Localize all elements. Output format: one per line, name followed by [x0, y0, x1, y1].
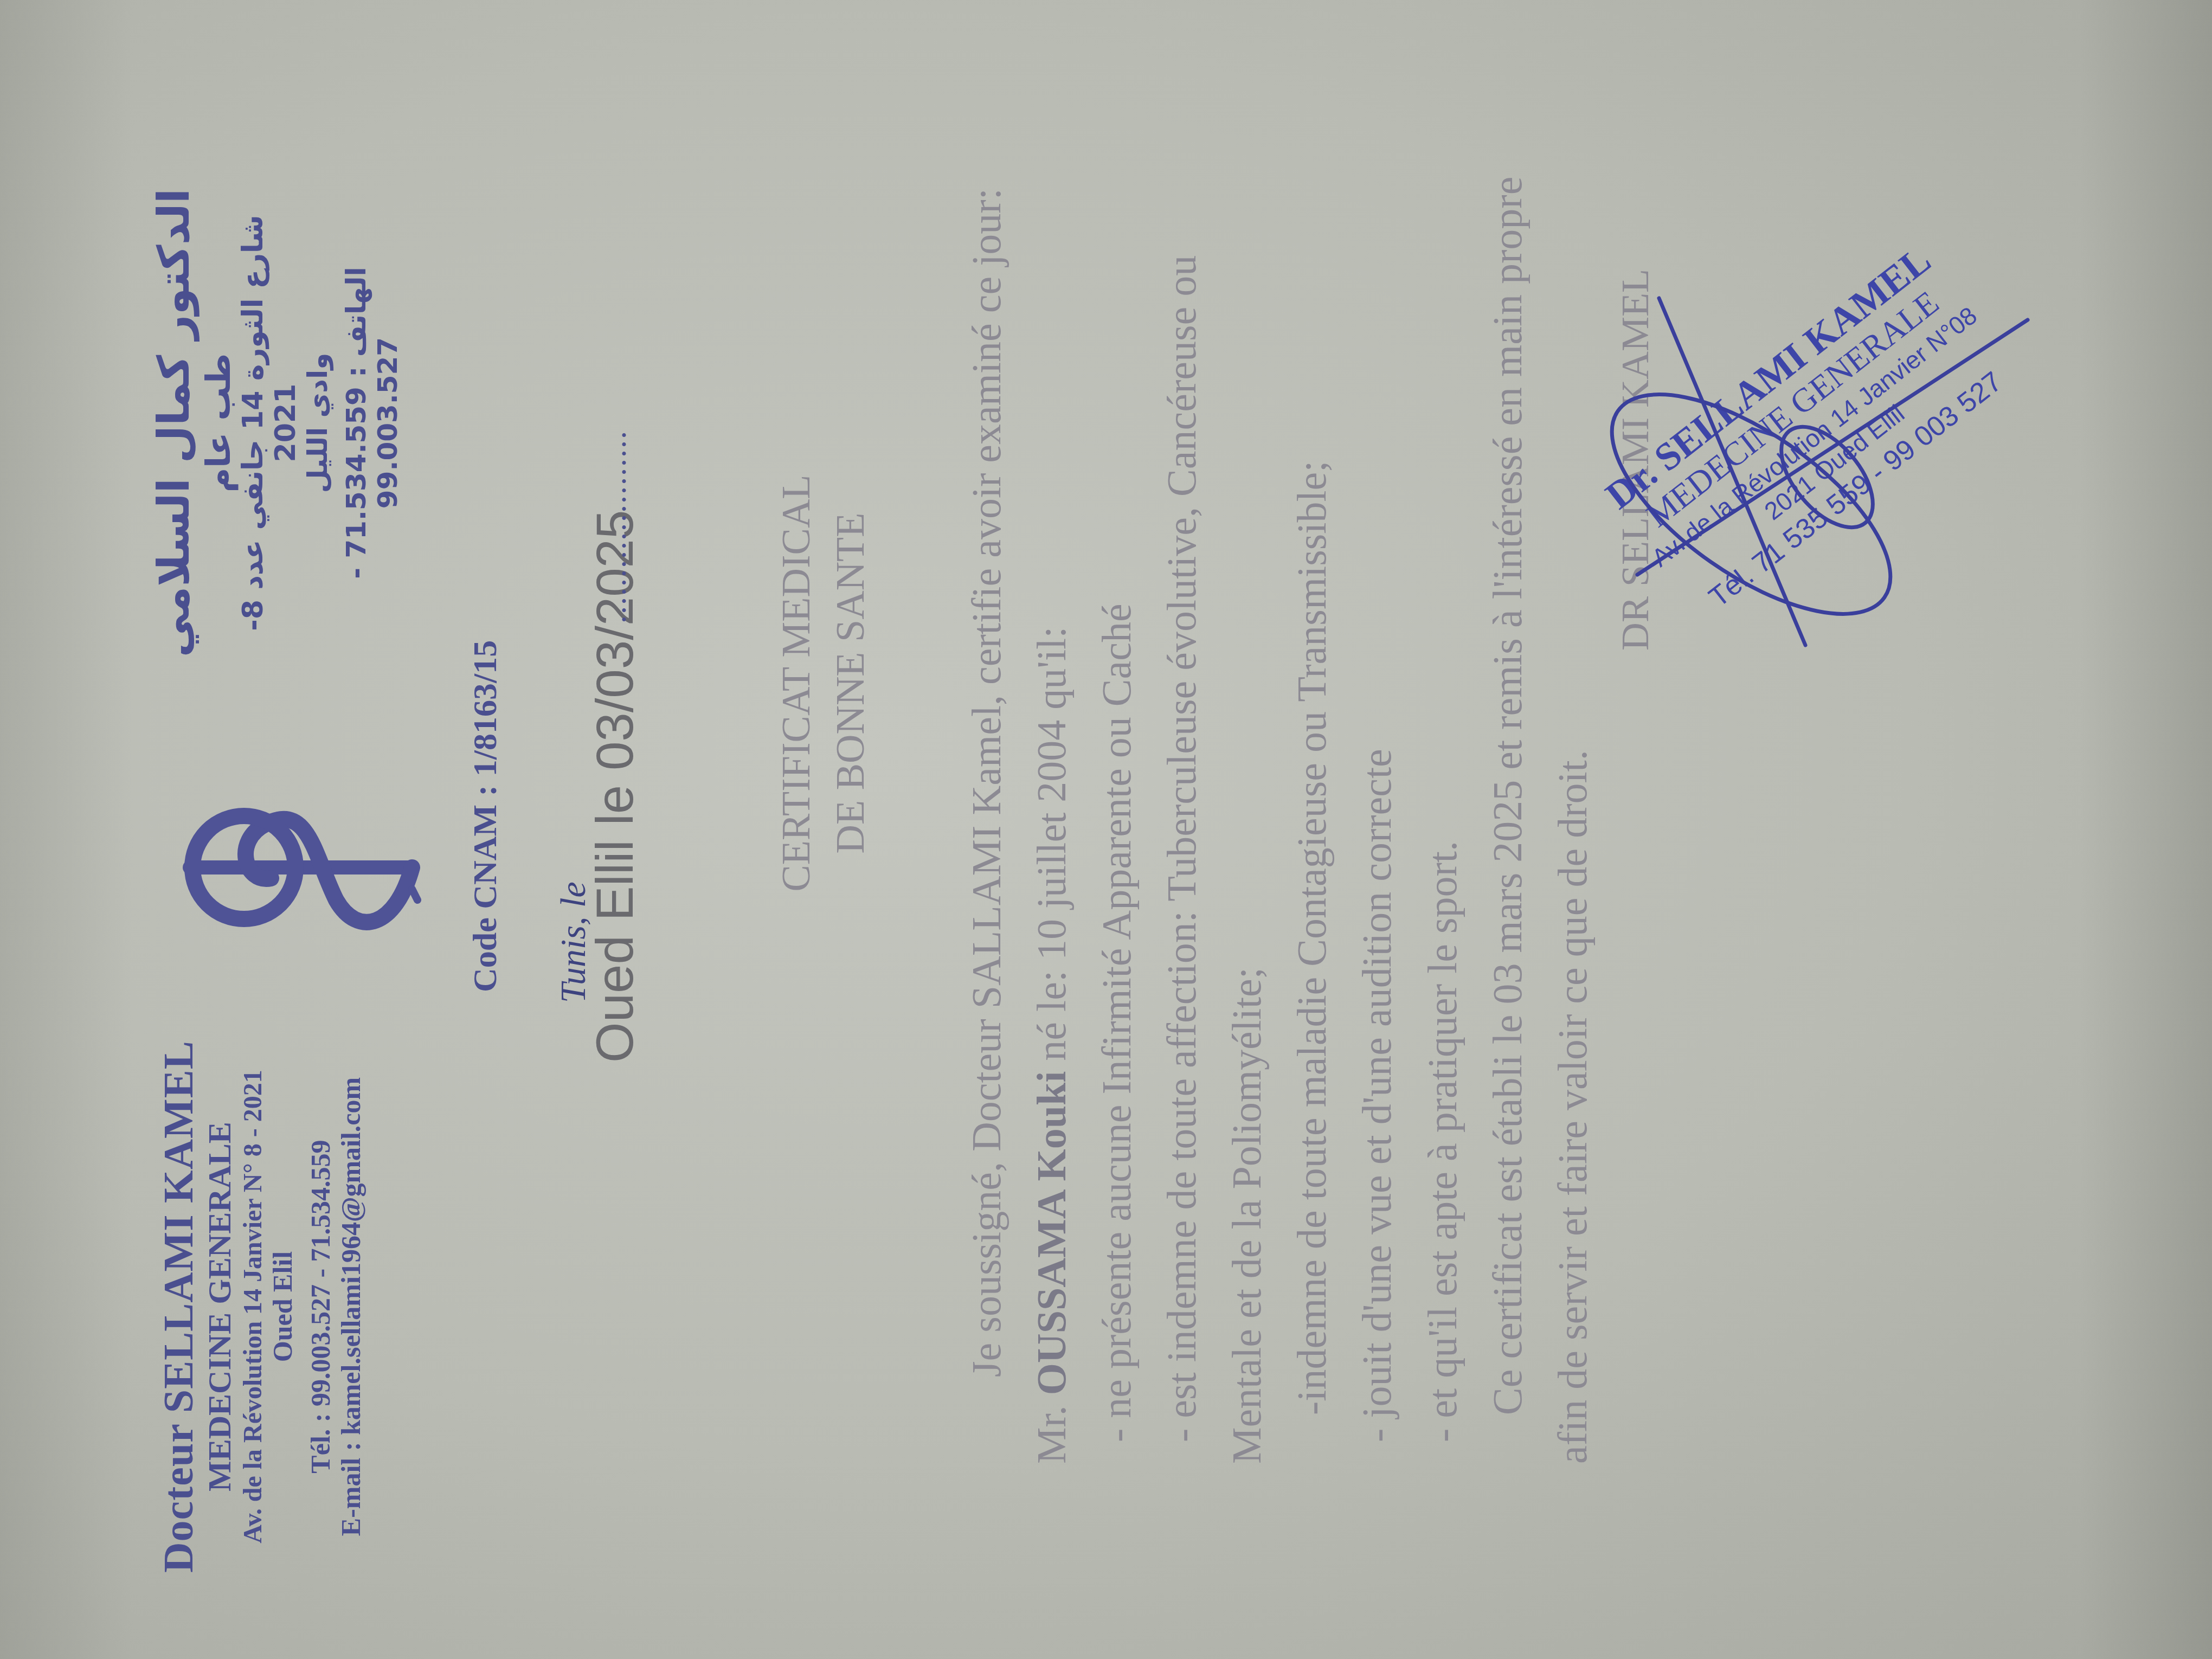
doctor-name: Docteur SELLAMI KAMEL	[155, 1036, 202, 1578]
doctor-address-ar: شارع الثورة 14 جانفي عدد 8- 2021	[237, 179, 303, 667]
caduceus-snake-icon	[179, 775, 423, 960]
doctor-specialty-ar: طب عام	[199, 179, 237, 667]
list-item: Mentale et de la Poliomyélite;	[1214, 76, 1279, 1464]
doctor-phone-ar: الهاتف : 71.534.559 - 99.003.527	[341, 179, 403, 667]
photo-background: Docteur SELLAMI KAMEL MEDECINE GENERALE …	[0, 0, 2212, 1659]
intro-line: Je soussigné, Docteur SALLAMI Kamel, cer…	[954, 76, 1019, 1464]
date-dots: .....................	[596, 430, 634, 623]
certificate-title: CERTIFICAT MEDICAL DE BONNE SANTE	[770, 412, 878, 954]
doctor-stamp: Dr. SELLAMI KAMEL MEDECINE GENERALE Av. …	[1572, 168, 2060, 710]
list-item: -indemne de toute maladie Contagieuse ou…	[1279, 76, 1345, 1464]
title-line-2: DE BONNE SANTE	[824, 412, 878, 954]
list-item: - ne présente aucune Infirmité Apparente…	[1084, 76, 1149, 1464]
doctor-specialty: MEDECINE GENERALE	[202, 1036, 238, 1578]
cnam-code: Code CNAM : 1/8163/15	[466, 640, 505, 992]
letterhead-french: Docteur SELLAMI KAMEL MEDECINE GENERALE …	[155, 1036, 366, 1578]
certificate-body: Je soussigné, Docteur SALLAMI Kamel, cer…	[954, 76, 1605, 1464]
doctor-phone: Tél. : 99.003.527 - 71.534.559	[305, 1036, 336, 1578]
patient-birth: né le: 10 juillet 2004 qu'il:	[1029, 627, 1075, 1061]
patient-name: OUSSAMA Kouki	[1029, 1071, 1075, 1396]
list-item: - jouit d'une vue et d'une audition corr…	[1345, 76, 1410, 1464]
doctor-email: E-mail : kamel.sellami1964@gmail.com	[336, 1036, 366, 1578]
doctor-city: Oued Elil	[267, 1036, 298, 1578]
doctor-address: Av. de la Révolution 14 Janvier N° 8 - 2…	[239, 1036, 268, 1578]
certificate-page: Docteur SELLAMI KAMEL MEDECINE GENERALE …	[0, 0, 2212, 1659]
doctor-name-ar: الدكتور كمال السلامي	[149, 179, 199, 667]
list-item: - et qu'il est apte à pratiquer le sport…	[1410, 76, 1475, 1464]
patient-line: Mr. OUSSAMA Kouki né le: 10 juillet 2004…	[1019, 76, 1084, 1464]
title-line-1: CERTIFICAT MEDICAL	[770, 412, 824, 954]
patient-prefix: Mr.	[1029, 1405, 1075, 1464]
doctor-city-ar: وادي الليل	[303, 179, 334, 667]
closing-line-1: Ce certificat est établi le 03 mars 2025…	[1475, 76, 1540, 1464]
list-item: - est indemne de toute affection: Tuberc…	[1149, 76, 1214, 1464]
letterhead-arabic: الدكتور كمال السلامي طب عام شارع الثورة …	[149, 179, 403, 667]
